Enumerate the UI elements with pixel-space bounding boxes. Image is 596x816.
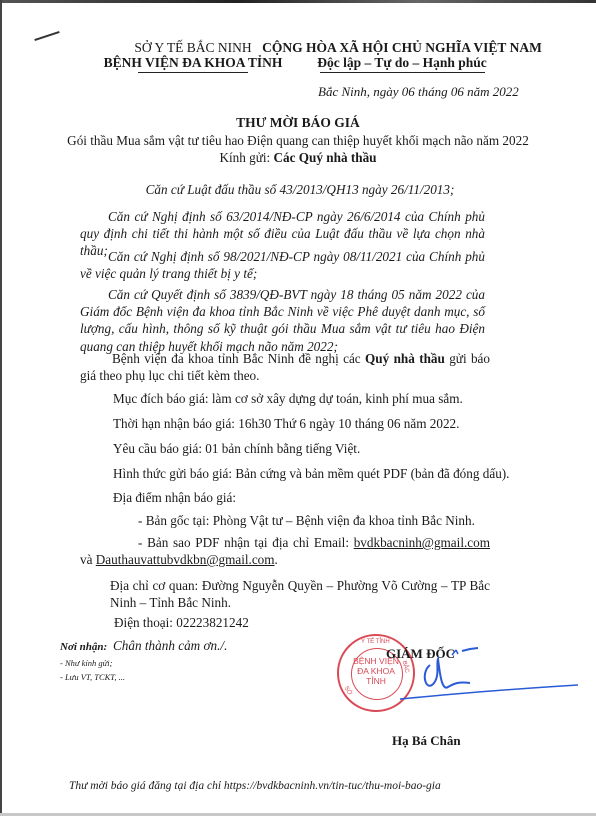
purpose: Mục đích báo giá: làm cơ sở xây dựng dự … bbox=[113, 390, 485, 407]
recipients-label: Nơi nhận: bbox=[60, 641, 107, 653]
legal-basis-4: Căn cứ Quyết định số 3839/QĐ-BVT ngày 18… bbox=[80, 286, 485, 355]
email-link-2[interactable]: Dauthauvattubvdkbn@gmail.com bbox=[96, 552, 275, 567]
country-name: CỘNG HÒA XÃ HỘI CHỦ NGHĨA VIỆT NAM bbox=[232, 40, 572, 55]
office-address: Địa chỉ cơ quan: Đường Nguyễn Quyền – Ph… bbox=[110, 577, 490, 611]
document-title: THƯ MỜI BÁO GIÁ bbox=[0, 115, 596, 131]
footer-note: Thư mời báo giá đăng tại địa chỉ https:/… bbox=[69, 780, 441, 792]
submission-format: Hình thức gửi báo giá: Bản cứng và bản m… bbox=[113, 465, 513, 482]
signer-name: Hạ Bá Chân bbox=[392, 733, 461, 749]
salutation: Kính gửi: Các Quý nhà thầu bbox=[0, 150, 596, 166]
request-paragraph: Bệnh viện đa khoa tỉnh Bắc Ninh đề nghị … bbox=[80, 350, 490, 384]
national-header: CỘNG HÒA XÃ HỘI CHỦ NGHĨA VIỆT NAM Độc l… bbox=[232, 40, 572, 73]
phone: Điện thoại: 02223821242 bbox=[114, 614, 486, 631]
email-link-1[interactable]: bvdkbacninh@gmail.com bbox=[354, 535, 490, 550]
salutation-prefix: Kính gửi: bbox=[219, 150, 273, 165]
stamp-ring-top: Y TẾ TỈNH bbox=[361, 639, 390, 645]
copy-text: - Bản sao PDF nhận tại địa chỉ Email: bbox=[138, 535, 354, 550]
pen-mark bbox=[34, 31, 59, 41]
copy-location: - Bản sao PDF nhận tại địa chỉ Email: bv… bbox=[80, 534, 490, 568]
email-suffix: . bbox=[275, 552, 278, 567]
recipient-item: - Lưu VT, TCKT, ... bbox=[60, 672, 125, 682]
motto-underline bbox=[320, 72, 485, 73]
recipient-item: - Như kính gửi; bbox=[60, 658, 112, 668]
motto: Độc lập – Tự do – Hạnh phúc bbox=[232, 55, 572, 70]
copy-and: và bbox=[80, 552, 92, 567]
handwritten-signature bbox=[400, 645, 580, 705]
document-subtitle: Gói thầu Mua sắm vật tư tiêu hao Điện qu… bbox=[0, 133, 596, 149]
requirement: Yêu cầu báo giá: 01 bản chính bằng tiếng… bbox=[113, 440, 485, 457]
document-date: Bắc Ninh, ngày 06 tháng 06 năm 2022 bbox=[318, 84, 519, 100]
location-label: Địa điểm nhận báo giá: bbox=[113, 489, 485, 506]
page-border-top bbox=[0, 0, 596, 3]
deadline: Thời hạn nhận báo giá: 16h30 Thứ 6 ngày … bbox=[113, 415, 485, 432]
legal-basis-1: Căn cứ Luật đấu thầu số 43/2013/QH13 ngà… bbox=[110, 181, 490, 198]
request-text: Bệnh viện đa khoa tỉnh Bắc Ninh đề nghị … bbox=[112, 351, 365, 366]
request-recipient: Quý nhà thầu bbox=[365, 351, 445, 366]
legal-basis-3: Căn cứ Nghị định số 98/2021/NĐ-CP ngày 0… bbox=[80, 248, 485, 282]
original-location: - Bản gốc tại: Phòng Vật tư – Bệnh viện … bbox=[138, 512, 498, 529]
salutation-recipient: Các Quý nhà thầu bbox=[274, 150, 377, 165]
stamp-ring-left: SỞ bbox=[343, 686, 353, 697]
